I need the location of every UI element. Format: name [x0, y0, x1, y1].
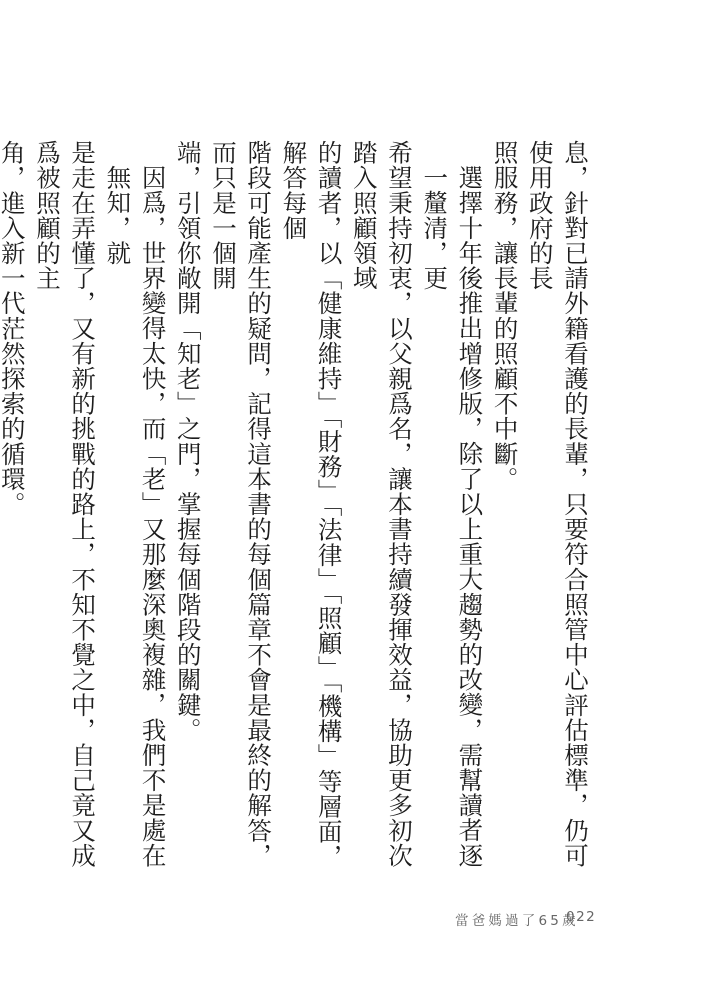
text-line: 階段可能產生的疑問，記得這本書的每個篇章不會是最終的解答，而只是一個開 — [206, 140, 276, 880]
text-line: 息，針對已請外籍看護的長輩，只要符合照管中心評估標準，仍可使用政府的長 — [523, 140, 593, 880]
page-footer: 當爸媽過了65歲 022 — [0, 907, 711, 929]
text-line-indented: 選擇十年後推出增修版，除了以上重大趨勢的改變，需幫讀者逐一釐清，更 — [417, 140, 487, 880]
text-line: 的讀者，以「健康維持」「財務」「法律」「照顧」「機構」等層面，解答每個 — [276, 140, 346, 880]
page-number: 022 — [566, 909, 596, 925]
text-line: 照服務，讓長輩的照顧不中斷。 — [487, 140, 522, 880]
text-line: 希望秉持初衷，以父親爲名，讓本書持續發揮效益，協助更多初次踏入照顧領域 — [347, 140, 417, 880]
running-title: 當爸媽過了65歲 — [455, 909, 579, 929]
body-text: 息，針對已請外籍看護的長輩，只要符合照管中心評估標準，仍可使用政府的長 照服務，… — [0, 140, 593, 880]
text-line-indented: 因爲，世界變得太快，而「老」又那麼深奧複雜，我們不是處在無知，就 — [100, 140, 170, 880]
book-page: 息，針對已請外籍看護的長輩，只要符合照管中心評估標準，仍可使用政府的長 照服務，… — [0, 0, 711, 1000]
text-line: 是走在弄懂了，又有新的挑戰的路上，不知不覺之中，自己竟又成爲被照顧的主 — [30, 140, 100, 880]
text-line: 角，進入新一代茫然探索的循環。 — [0, 140, 30, 880]
text-line: 端，引領你敞開「知老」之門，掌握每個階段的關鍵。 — [171, 140, 206, 880]
